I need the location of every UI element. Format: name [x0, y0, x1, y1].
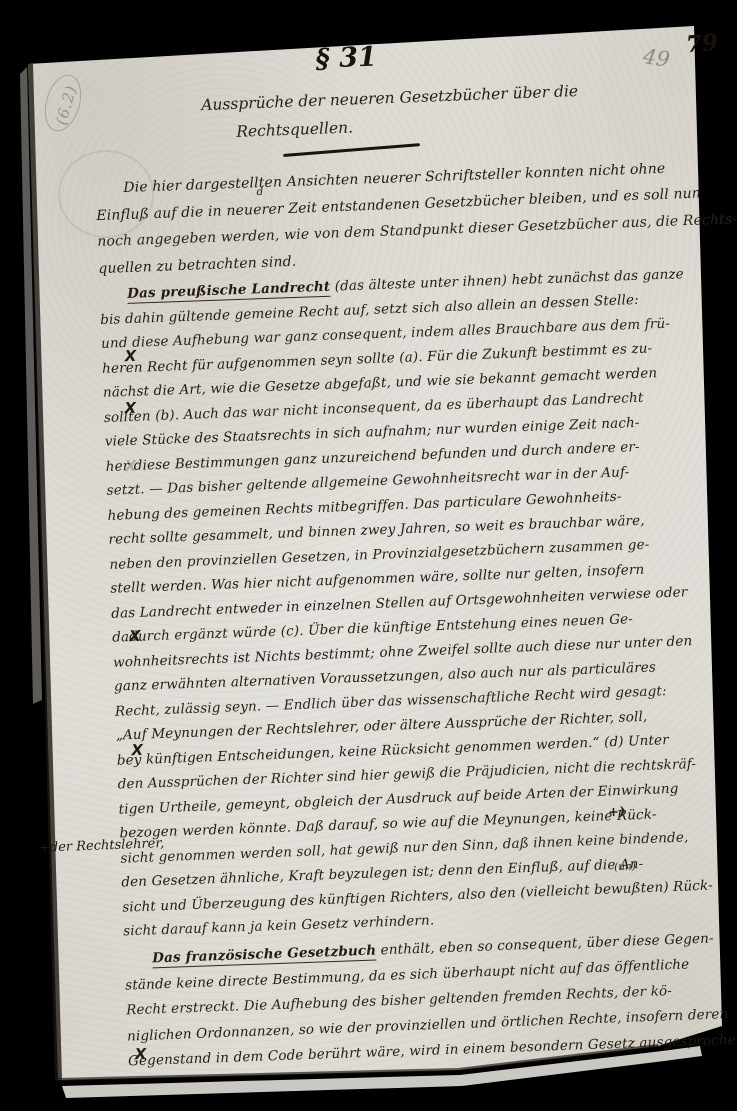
interlinear-insertion-d: d: [256, 186, 263, 198]
underlined-phrase: Das preußische Landrecht: [127, 279, 331, 304]
margin-x-mark: X: [124, 347, 136, 365]
paragraph-preussisches-landrecht: Das preußische Landrecht (das älteste un…: [99, 261, 723, 945]
margin-x-mark: X: [134, 1045, 146, 1063]
margin-x-mark: X: [124, 399, 136, 417]
section-number: § 31: [315, 42, 377, 75]
interlinear-insertion-un: (un): [614, 860, 636, 873]
heading-title-line2: Rechtsquellen.: [236, 118, 353, 140]
interlinear-insertion-plus: +): [608, 805, 626, 821]
heading-title-line1: Aussprüche der neueren Gesetzbücher über…: [201, 82, 578, 114]
margin-x-mark: X: [129, 627, 141, 645]
scanned-manuscript-view: (6.2) 49 79 § 31 Aussprüche der neueren …: [0, 0, 737, 1111]
margin-x-mark: X: [131, 741, 143, 759]
handwriting-layer: § 31 Aussprüche der neueren Gesetzbücher…: [0, 0, 737, 1111]
paragraph-introduction: Die hier dargestellten Ansichten neuerer…: [95, 154, 699, 282]
underlined-phrase: Das französische Gesetzbuch: [152, 942, 377, 968]
heading-underline-stroke: [283, 143, 420, 157]
margin-x-mark-pencil: X: [124, 457, 136, 475]
paragraph-franzoesisches-gesetzbuch: Das französische Gesetzbuch enthält, ebe…: [124, 925, 728, 1075]
